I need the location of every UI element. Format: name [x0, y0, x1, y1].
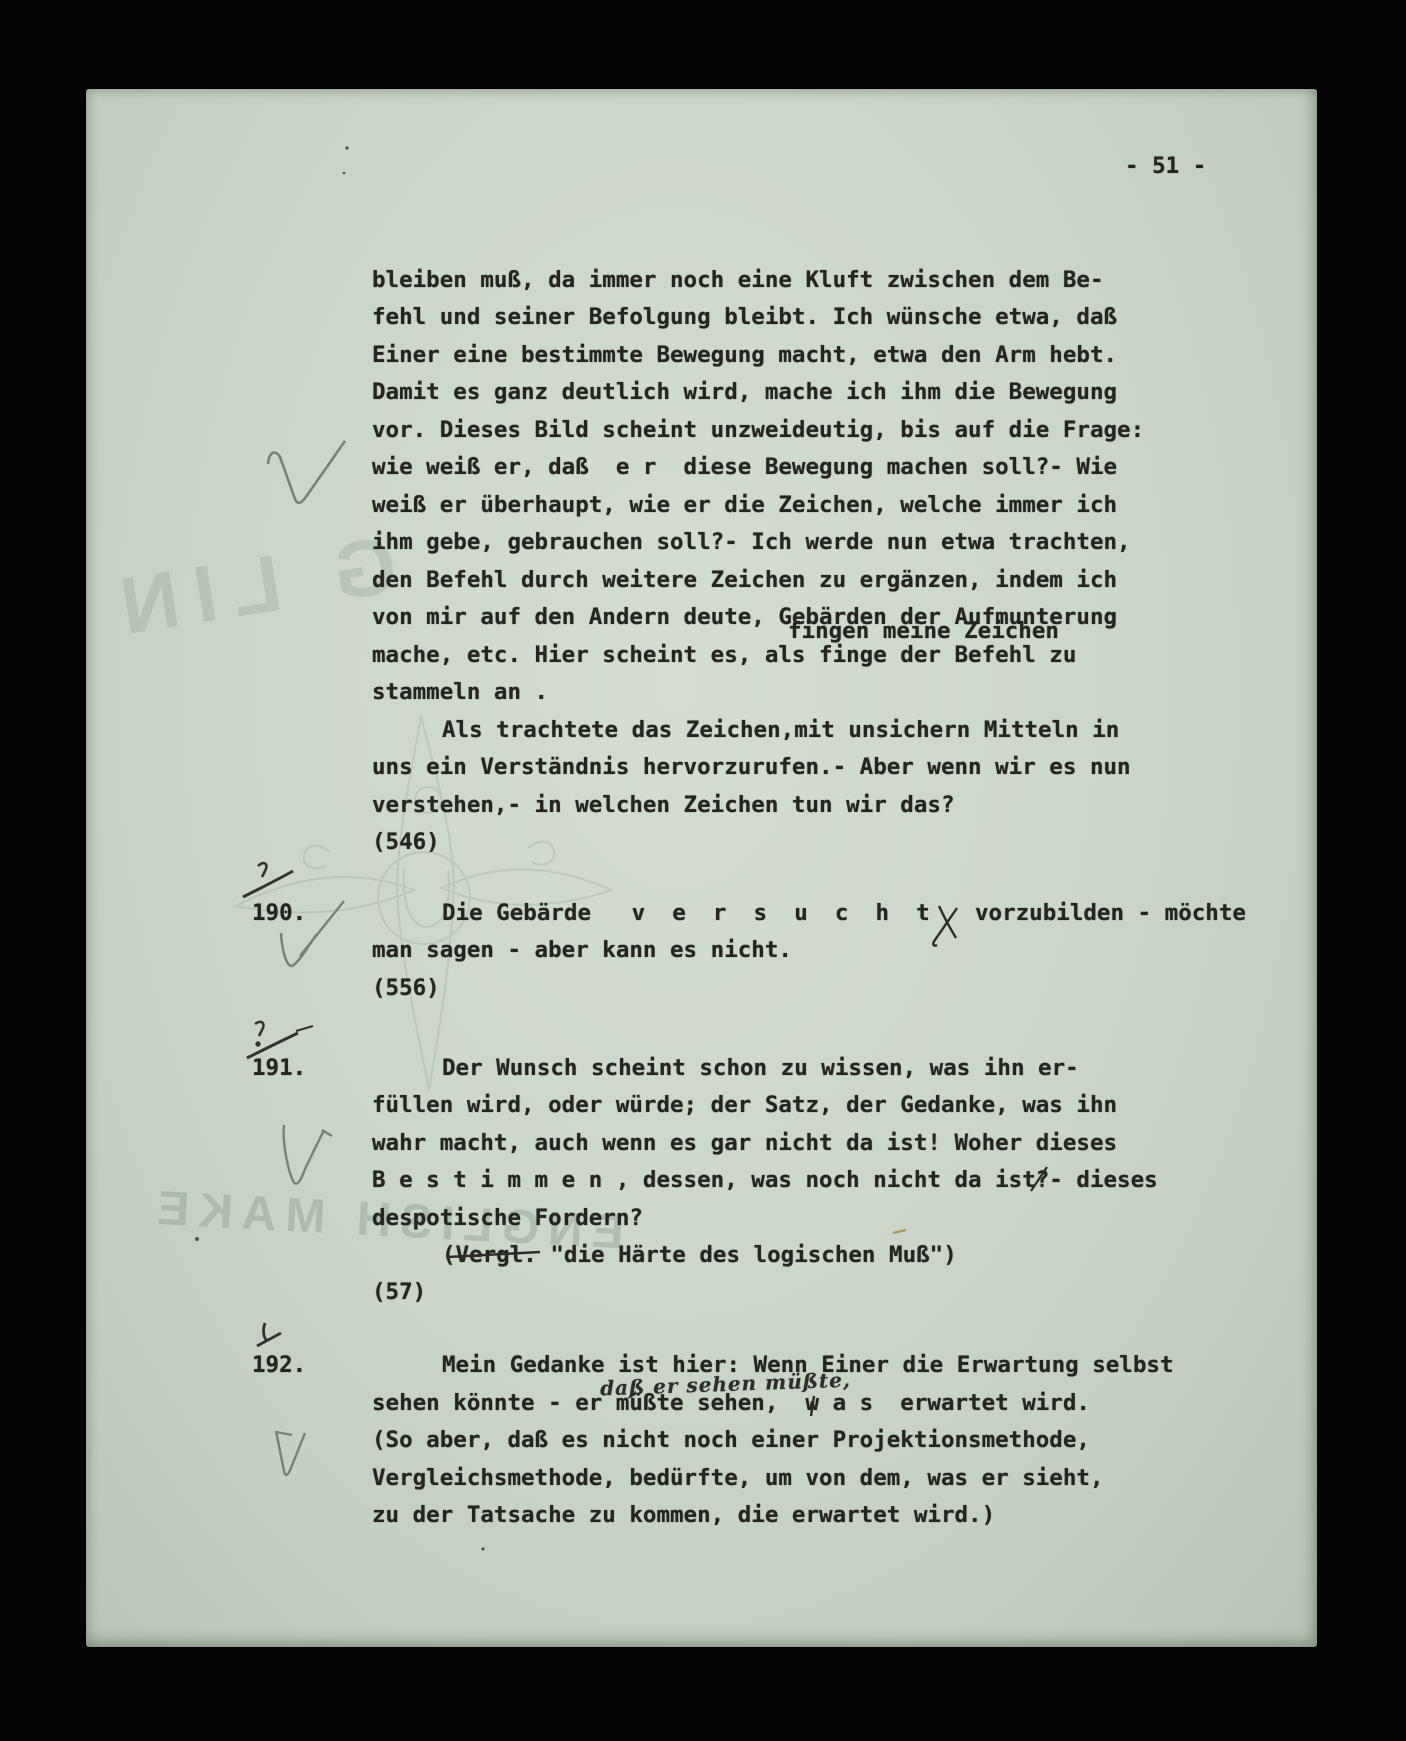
strike-question-mark: [1031, 1167, 1047, 1191]
pencil-checkmark-192: [276, 1431, 305, 1475]
dust-specks: [195, 146, 485, 1550]
annotation-marks-layer: [86, 89, 1317, 1647]
document-page: G LIN ENGLISH MAKE - 51 - bleiben muß, d…: [86, 89, 1317, 1647]
handwritten-tick: [811, 1396, 814, 1416]
pencil-check-slash-190: [281, 901, 344, 966]
query-slash-mark-190: [243, 863, 293, 897]
pencil-checkmark-top: [268, 441, 345, 503]
pigment-dash: [893, 1230, 906, 1233]
screenshot-root: { "doc": { "page_number": "- 51 -", "par…: [0, 0, 1406, 1741]
query-slash-mark-191: [247, 1022, 313, 1058]
strikethrough-vergl: [448, 1252, 540, 1257]
x-mark-versucht: [933, 906, 957, 946]
corner-tick-192: [257, 1323, 281, 1346]
pencil-checkmark-191: [284, 1125, 332, 1184]
